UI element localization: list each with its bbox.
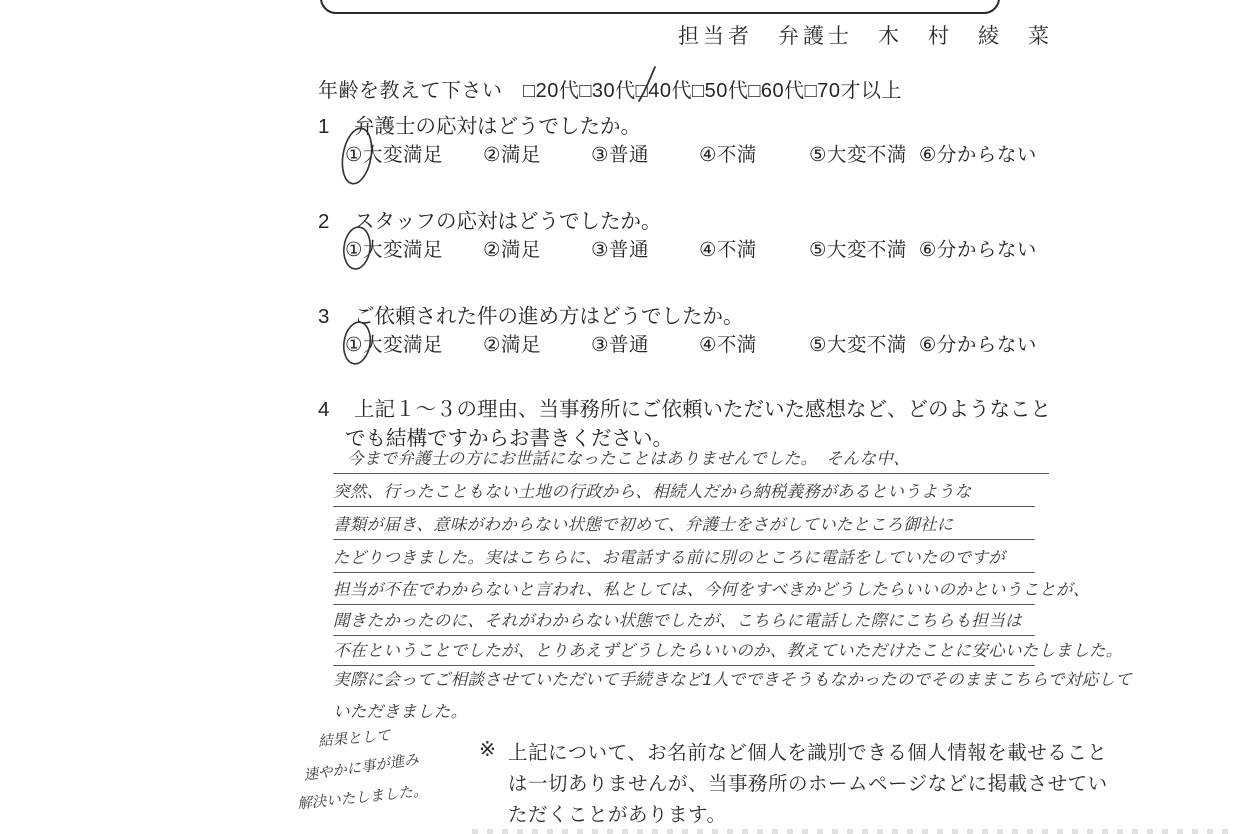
age-question-suffix: 40代□50代□60代□70才以上 <box>648 80 902 102</box>
option-5: ⑤大変不満 <box>809 239 907 261</box>
question-number: 3 <box>318 305 354 329</box>
question-3-title: 3ご依頼された件の進め方はどうでしたか。 <box>318 299 744 329</box>
checkmark-icon <box>635 65 659 105</box>
option-3: ③普通 <box>591 239 649 261</box>
handwritten-line: 書類が届き、意味がわからない状態で初めて、弁護士をさがしていたところ御社に <box>333 512 1035 540</box>
disclaimer-line: ただくことがあります。 <box>508 799 726 827</box>
question-2-title: 2スタッフの応対はどうでしたか。 <box>318 204 662 234</box>
handwritten-line: いただきました。 <box>333 699 1035 725</box>
question-1-title: 1弁護士の応対はどうでしたか。 <box>318 109 641 139</box>
comment-box-outline <box>320 0 1000 14</box>
option-5: ⑤大変不満 <box>809 334 907 356</box>
disclaimer-line: は一切ありませんが、当事務所のホームページなどに掲載させてい <box>508 768 1108 796</box>
question-2-options: ①大変満足②満足③普通④不満⑤大変不満⑥分からない <box>345 234 1037 262</box>
option-1: ①大変満足 <box>345 334 443 356</box>
option-6: ⑥分からない <box>919 239 1037 261</box>
option-3: ③普通 <box>591 334 649 356</box>
handwritten-side-note: 速やかに事が進み <box>302 748 420 785</box>
option-2: ②満足 <box>483 144 541 166</box>
option-2: ②満足 <box>483 239 541 261</box>
question-number: 4 <box>318 398 354 422</box>
option-2: ②満足 <box>483 334 541 356</box>
handwritten-side-note: 結果として <box>317 724 391 751</box>
question-number: 1 <box>318 115 354 139</box>
disclaimer-line: 上記について、お名前など個人を識別できる個人情報を載せること <box>508 737 1107 765</box>
age-question-line: 年齢を教えて下さい □20代□30代□40代□50代□60代□70才以上 <box>318 74 902 103</box>
handwritten-side-note: 解決いたしました。 <box>296 779 428 814</box>
handwritten-line: 今まで弁護士の方にお世話になったことはありませんでした。 そんな中、 <box>333 446 1049 474</box>
handwritten-line: たどりつきました。実はこちらに、お電話する前に別のところに電話をしていたのですが <box>333 545 1035 573</box>
option-4: ④不満 <box>699 239 757 261</box>
option-1: ①大変満足 <box>345 144 443 166</box>
option-3: ③普通 <box>591 144 649 166</box>
disclaimer-marker: ※ <box>479 737 496 762</box>
age-question-prefix: 年齢を教えて下さい □20代□30代 <box>318 80 636 102</box>
question-text: ご依頼された件の進め方はどうでしたか。 <box>354 305 744 328</box>
handwritten-line: 突然、行ったこともない土地の行政から、相続人だから納税義務があるというような <box>333 479 1035 507</box>
option-5: ⑤大変不満 <box>809 144 907 166</box>
option-1: ①大変満足 <box>345 239 443 261</box>
question-text: 上記１～３の理由、当事務所にご依頼いただいた感想など、どのようなこと <box>354 398 1051 421</box>
option-4: ④不満 <box>699 144 757 166</box>
handwritten-line: 聞きたかったのに、それがわからない状態でしたが、こちらに電話した際にこちらも担当… <box>333 608 1035 636</box>
staff-in-charge-line: 担当者 弁護士 木 村 綾 菜 <box>678 20 1053 50</box>
handwritten-line: 担当が不在でわからないと言われ、私としては、今何をすべきかどうしたらいいのかとい… <box>333 577 1035 605</box>
cropped-text-remnant <box>472 829 1234 834</box>
question-4-title: 4上記１～３の理由、当事務所にご依頼いただいた感想など、どのようなこと <box>318 392 1051 422</box>
age-checkbox-40s: □ <box>636 80 649 103</box>
option-6: ⑥分からない <box>919 144 1037 166</box>
question-3-options: ①大変満足②満足③普通④不満⑤大変不満⑥分からない <box>345 329 1037 357</box>
handwritten-line: 不在ということでしたが、とりあえずどうしたらいいのか、教えていただけたことに安心… <box>333 638 1035 666</box>
option-6: ⑥分からない <box>919 334 1037 356</box>
question-text: 弁護士の応対はどうでしたか。 <box>354 115 641 138</box>
question-1-options: ①大変満足②満足③普通④不満⑤大変不満⑥分からない <box>345 139 1037 167</box>
handwritten-line: 実際に会ってご相談させていただいて手続きなど1人でできそうもなかったのでそのまま… <box>333 667 1035 693</box>
question-number: 2 <box>318 210 354 234</box>
option-4: ④不満 <box>699 334 757 356</box>
scanned-survey-page: 担当者 弁護士 木 村 綾 菜 年齢を教えて下さい □20代□30代□40代□5… <box>0 0 1250 834</box>
question-text: スタッフの応対はどうでしたか。 <box>354 210 662 233</box>
